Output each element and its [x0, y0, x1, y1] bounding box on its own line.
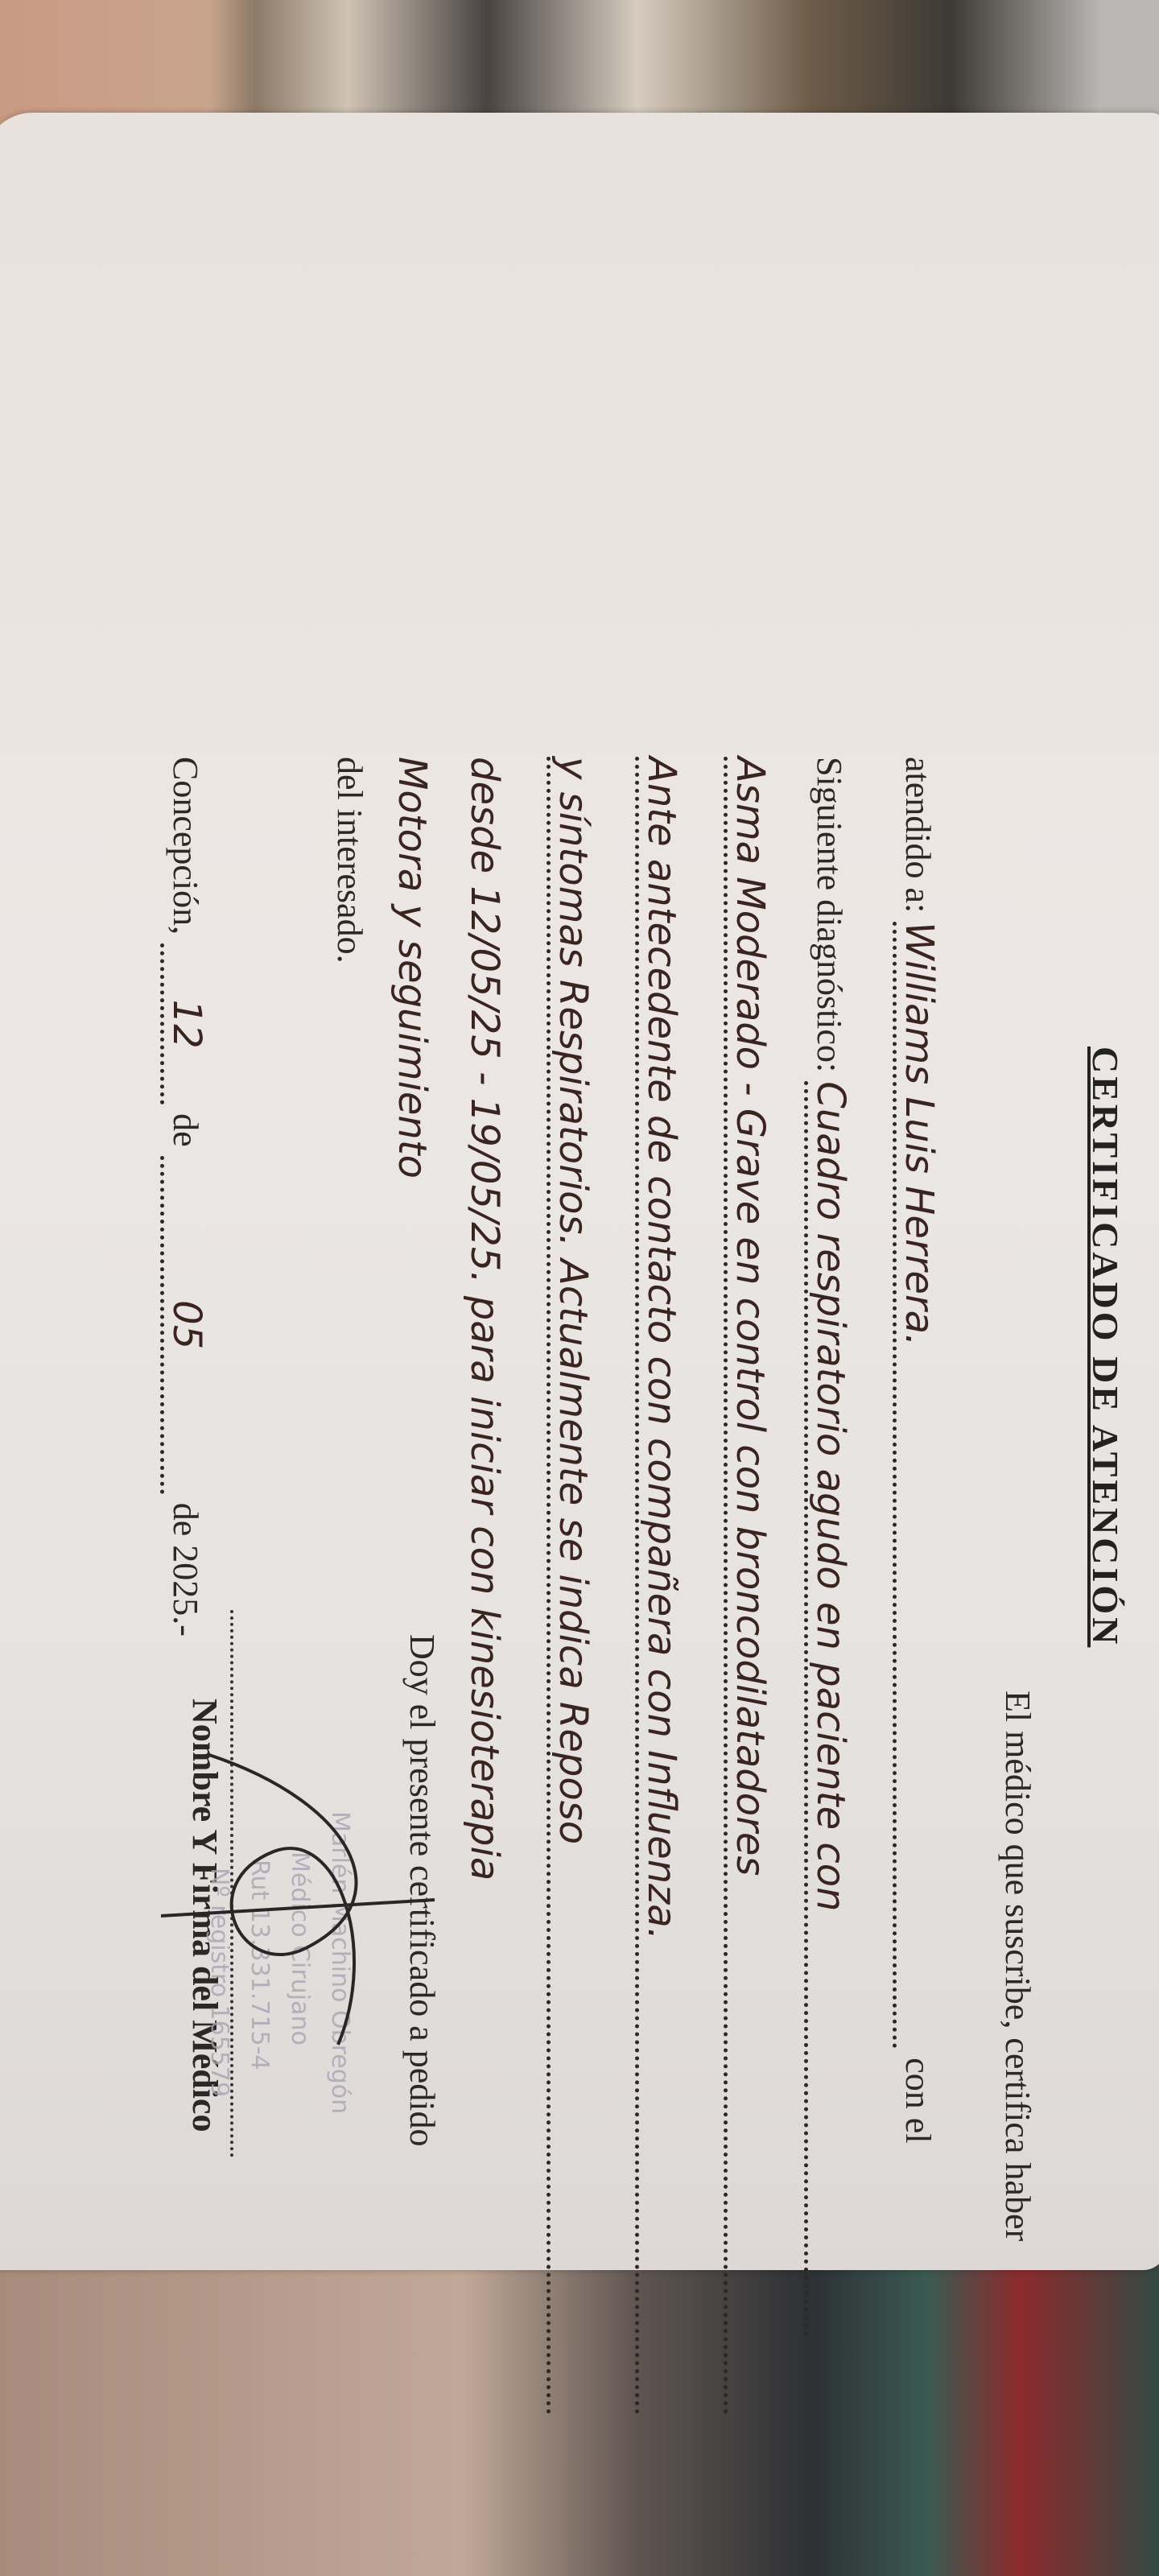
- diagnosis-label: Siguiente diagnóstico:: [810, 757, 849, 1072]
- intro-text: El médico que suscribe, certifica haber: [997, 1690, 1038, 2241]
- diagnosis-line-3: Ante antecedente de contacto con compañe…: [635, 757, 684, 2415]
- date-year: de 2025.-: [166, 1503, 205, 1637]
- closing-left: del interesado.: [329, 757, 370, 964]
- place-label: Concepción,: [166, 757, 205, 935]
- attended-label-text: atendido a:: [898, 757, 938, 913]
- patient-name: Williams Luis Herrera.: [893, 922, 942, 2049]
- signature-scribble: [145, 1739, 451, 2077]
- attended-label: atendido a: Williams Luis Herrera. con e…: [893, 757, 942, 2144]
- certificate-content: CERTIFICADO DE ATENCIÓN El médico que su…: [113, 242, 1159, 2254]
- diagnosis-line-1: Cuadro respiratorio agudo en paciente co…: [804, 1081, 853, 2337]
- diagnosis-line-6: Motora y seguimiento: [390, 757, 435, 1179]
- diagnosis-line-5: desde 12/05/25 - 19/05/25. para iniciar …: [462, 757, 507, 1880]
- date-day: 12: [160, 943, 209, 1104]
- date-de: de: [166, 1113, 205, 1147]
- date-month: 05: [160, 1156, 209, 1494]
- attended-suffix: con el: [898, 2058, 938, 2143]
- diagnosis-line-2: Asma Moderado - Grave en control con bro…: [724, 757, 773, 2415]
- page-title: CERTIFICADO DE ATENCIÓN: [1084, 1046, 1127, 1647]
- diagnosis-row: Siguiente diagnóstico: Cuadro respirator…: [804, 757, 853, 2337]
- date-row: Concepción, 12 de 05 de 2025.-: [160, 757, 209, 1637]
- diagnosis-line-4: y síntomas Respiratorios. Actualmente se…: [547, 757, 596, 2415]
